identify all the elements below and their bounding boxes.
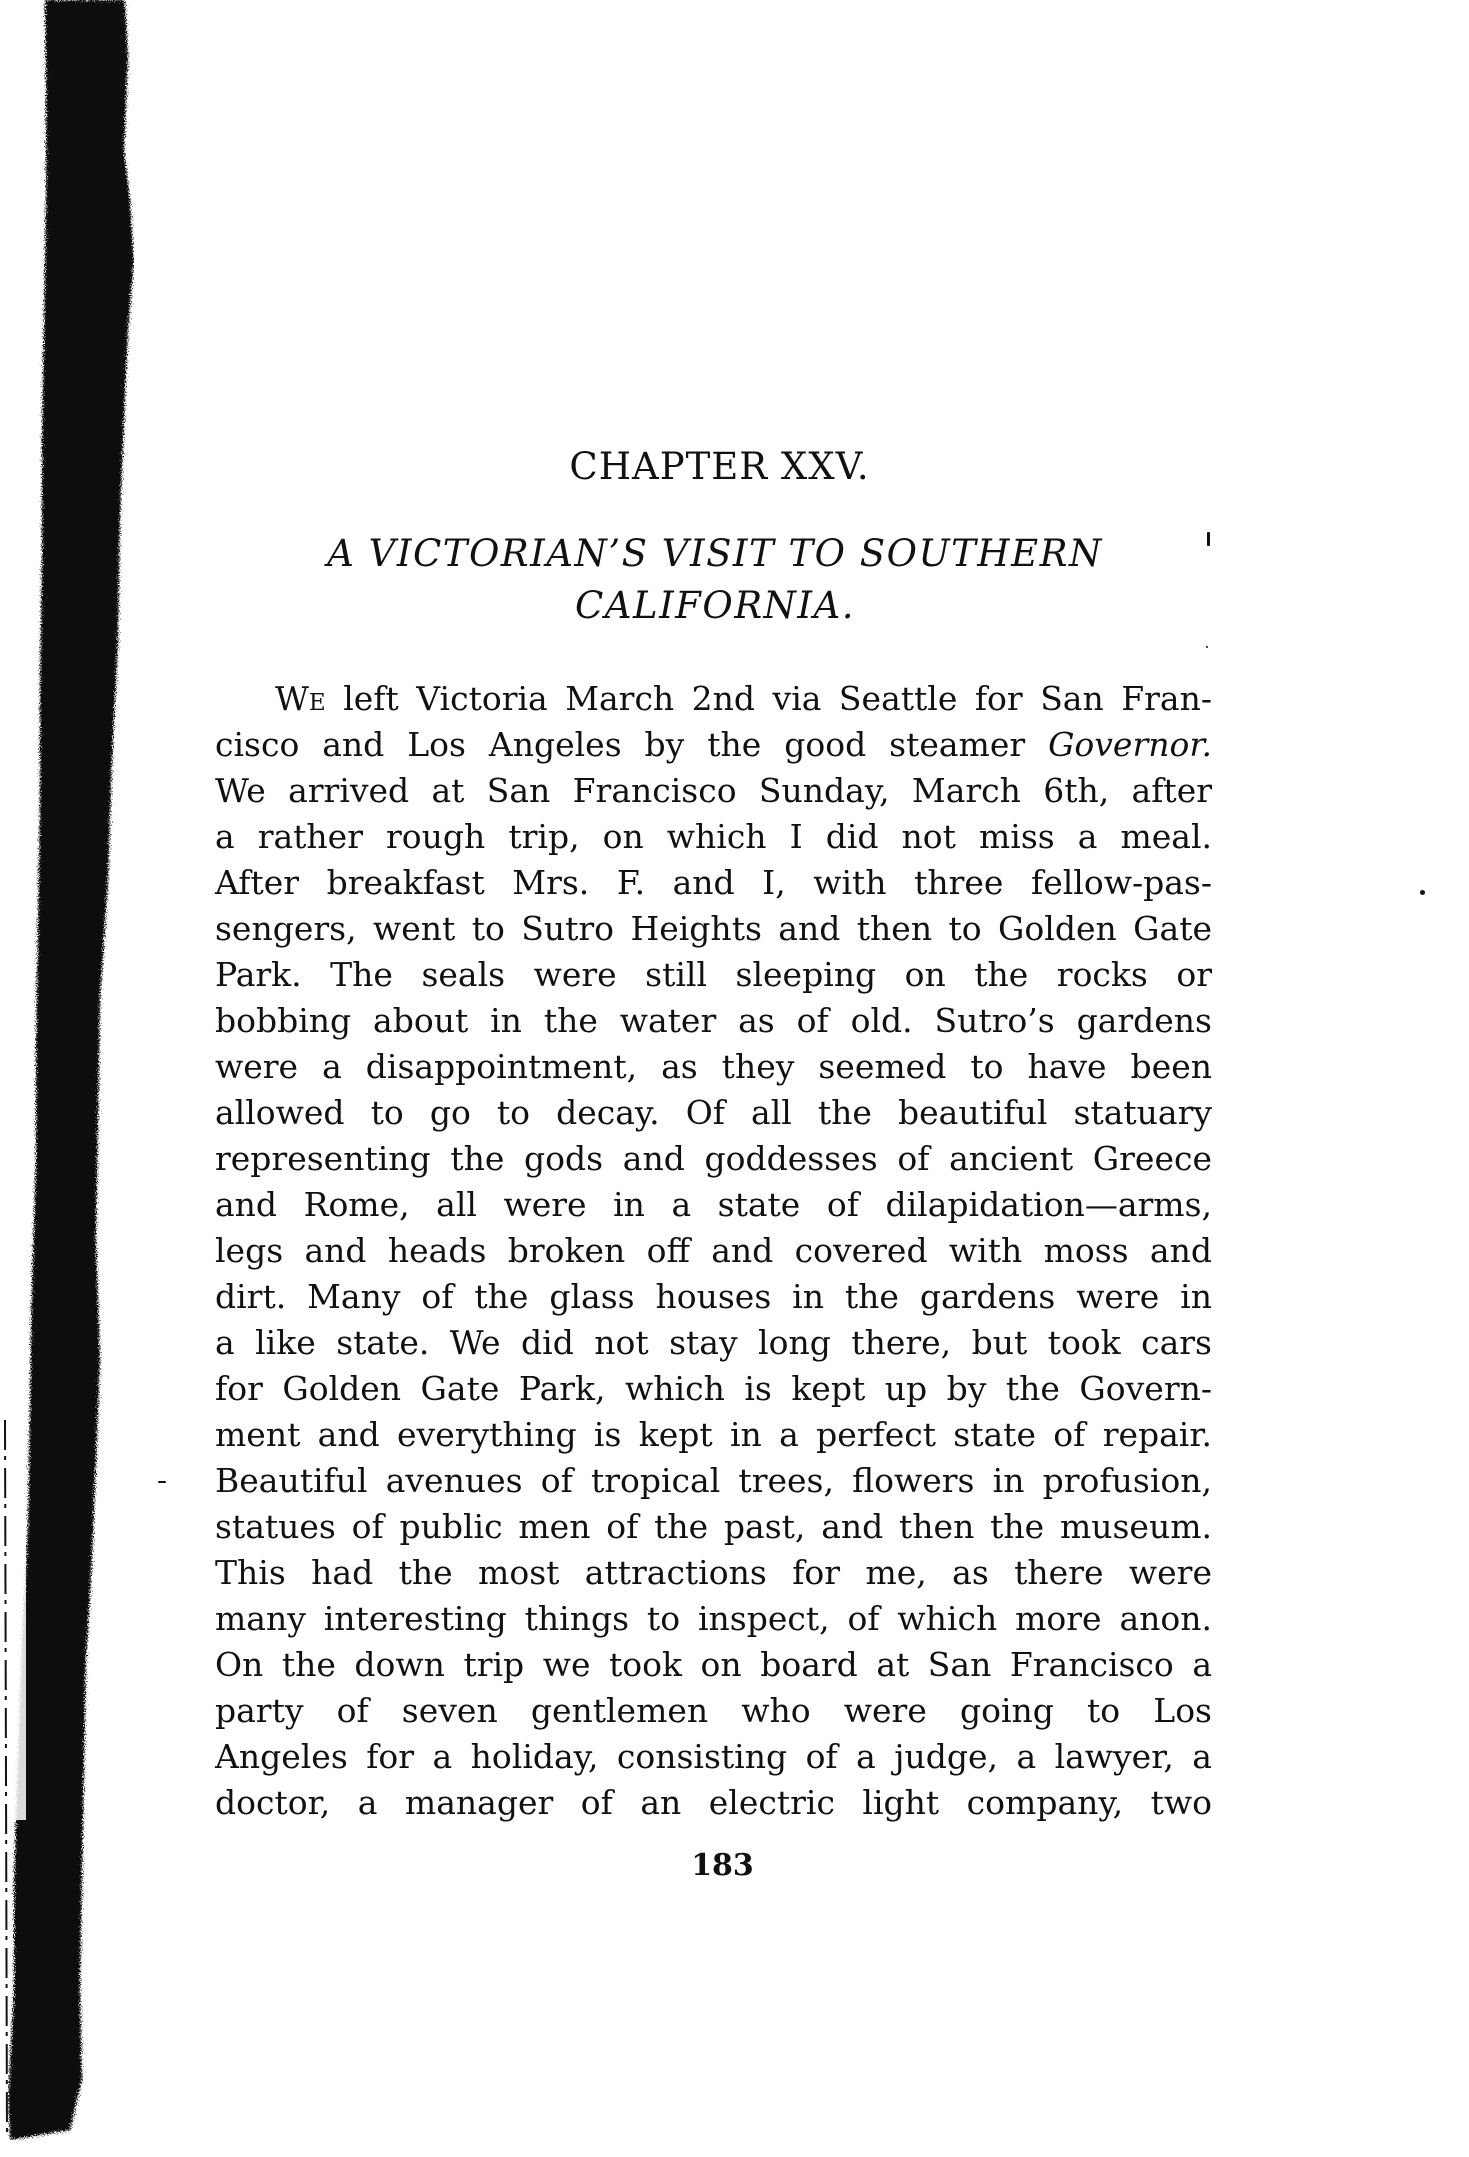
body-line: sengers, went to Sutro Heights and then … (215, 906, 1212, 952)
body-line: were a disappointment, as they seemed to… (215, 1044, 1212, 1090)
body-line: bobbing about in the water as of old. Su… (215, 998, 1212, 1044)
body-line: doctor, a manager of an electric light c… (215, 1780, 1212, 1826)
body-line: cisco and Los Angeles by the good steame… (215, 722, 1212, 768)
body-line: representing the gods and goddesses of a… (215, 1136, 1212, 1182)
body-line: allowed to go to decay. Of all the beaut… (215, 1090, 1212, 1136)
chapter-title-heading: A VICTORIAN’S VISIT TO SOUTHERN CALIFORN… (270, 528, 1160, 632)
body-line: many interesting things to inspect, of w… (215, 1596, 1212, 1642)
chapter-title-line-1: A VICTORIAN’S VISIT TO SOUTHERN (270, 528, 1160, 580)
body-line: We left Victoria March 2nd via Seattle f… (215, 676, 1212, 722)
opening-word: We (275, 679, 326, 718)
body-line: a like state. We did not stay long there… (215, 1320, 1212, 1366)
body-line: legs and heads broken off and covered wi… (215, 1228, 1212, 1274)
body-line: and Rome, all were in a state of dilapid… (215, 1182, 1212, 1228)
scan-speck (1207, 532, 1210, 546)
ship-name-italic: Governor. (1048, 725, 1212, 764)
body-line: This had the most attractions for me, as… (215, 1550, 1212, 1596)
chapter-body-paragraph: We left Victoria March 2nd via Seattle f… (215, 676, 1212, 1826)
body-line: dirt. Many of the glass houses in the ga… (215, 1274, 1212, 1320)
body-line: Park. The seals were still sleeping on t… (215, 952, 1212, 998)
scan-speck (158, 1481, 166, 1483)
body-line: We arrived at San Francisco Sunday, Marc… (215, 768, 1212, 814)
body-line: Beautiful avenues of tropical trees, flo… (215, 1458, 1212, 1504)
body-line: After breakfast Mrs. F. and I, with thre… (215, 860, 1212, 906)
body-line: for Golden Gate Park, which is kept up b… (215, 1366, 1212, 1412)
scan-speck (1206, 646, 1208, 648)
body-line: statues of public men of the past, and t… (215, 1504, 1212, 1550)
scan-speck (1420, 890, 1425, 895)
chapter-number-heading: CHAPTER XXV. (0, 445, 1454, 488)
body-line: Angeles for a holiday, consisting of a j… (215, 1734, 1212, 1780)
body-line: party of seven gentlemen who were going … (215, 1688, 1212, 1734)
chapter-title-line-2: CALIFORNIA. (270, 580, 1160, 632)
page-number: 183 (0, 1848, 1457, 1883)
body-line: a rather rough trip, on which I did not … (215, 814, 1212, 860)
body-line: On the down trip we took on board at San… (215, 1642, 1212, 1688)
body-line: ment and everything is kept in a perfect… (215, 1412, 1212, 1458)
book-binding-gutter-shadow (0, 0, 160, 2157)
